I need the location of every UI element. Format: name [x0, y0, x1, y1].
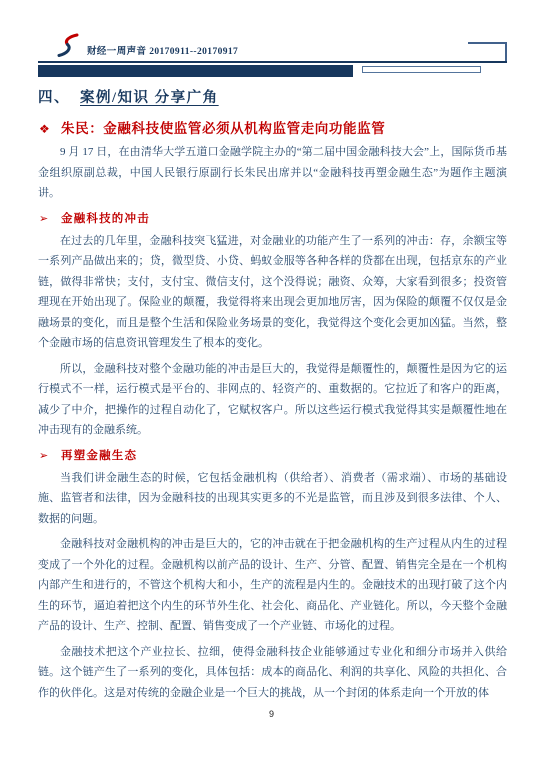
- subheading-2: 再塑金融生态: [61, 447, 137, 463]
- paragraph: 在过去的几年里，金融科技突飞猛进，对金融业的功能产生了一系列的冲击：存，余额宝等…: [38, 231, 507, 354]
- page-number: 9: [0, 709, 543, 719]
- subheading-1: 金融科技的冲击: [61, 210, 150, 226]
- header-rule: [38, 61, 507, 63]
- brand-logo-icon: [55, 33, 81, 58]
- header-decor-box: [362, 66, 481, 73]
- header-navy-bar: [38, 65, 353, 77]
- paragraph: 金融科技对金融机构的冲击是巨大的，它的冲击就在于把金融机构的生产过程从内生的过程…: [38, 534, 507, 637]
- header-brand-row: 财经一周声音 20170911--20170917: [55, 33, 238, 58]
- header-decor-tab: [468, 42, 507, 63]
- issue-range: 20170911--20170917: [149, 47, 238, 57]
- paragraph: 金融技术把这个产业拉长、拉细，使得金融科技企业能够通过专业化和细分市场并入供给链…: [38, 642, 507, 704]
- document-page: 财经一周声音 20170911--20170917 四、案例/知识 分享广角 ❖…: [0, 0, 543, 768]
- paragraph: 当我们讲金融生态的时候，它包括金融机构（供给者）、消费者（需求端）、市场的基础设…: [38, 468, 507, 530]
- section-number: 四、: [38, 90, 70, 106]
- article-title-row: ❖ 朱民：金融科技使监管必须从机构监管走向功能监管: [38, 117, 507, 137]
- article-title: 朱民：金融科技使监管必须从机构监管走向功能监管: [61, 117, 385, 137]
- arrow-bullet-icon: ➢: [38, 212, 61, 225]
- paragraph: 所以，金融科技对整个金融功能的冲击是巨大的，我觉得是颠覆性的，颠覆性是因为它的运…: [38, 359, 507, 441]
- subheading-row-2: ➢ 再塑金融生态: [38, 447, 507, 463]
- intro-paragraph: 9 月 17 日，在由清华大学五道口金融学院主办的“第二届中国金融科技大会”上，…: [38, 142, 507, 204]
- section-title: 案例/知识 分享广角: [80, 90, 219, 106]
- brand-name: 财经一周声音: [87, 47, 146, 57]
- arrow-bullet-icon: ➢: [38, 449, 61, 462]
- diamond-bullet-icon: ❖: [38, 122, 61, 137]
- section-heading: 四、案例/知识 分享广角: [38, 86, 507, 107]
- subheading-row-1: ➢ 金融科技的冲击: [38, 210, 507, 226]
- page-content: 四、案例/知识 分享广角 ❖ 朱民：金融科技使监管必须从机构监管走向功能监管 9…: [38, 86, 507, 705]
- brand-title: 财经一周声音 20170911--20170917: [87, 43, 238, 58]
